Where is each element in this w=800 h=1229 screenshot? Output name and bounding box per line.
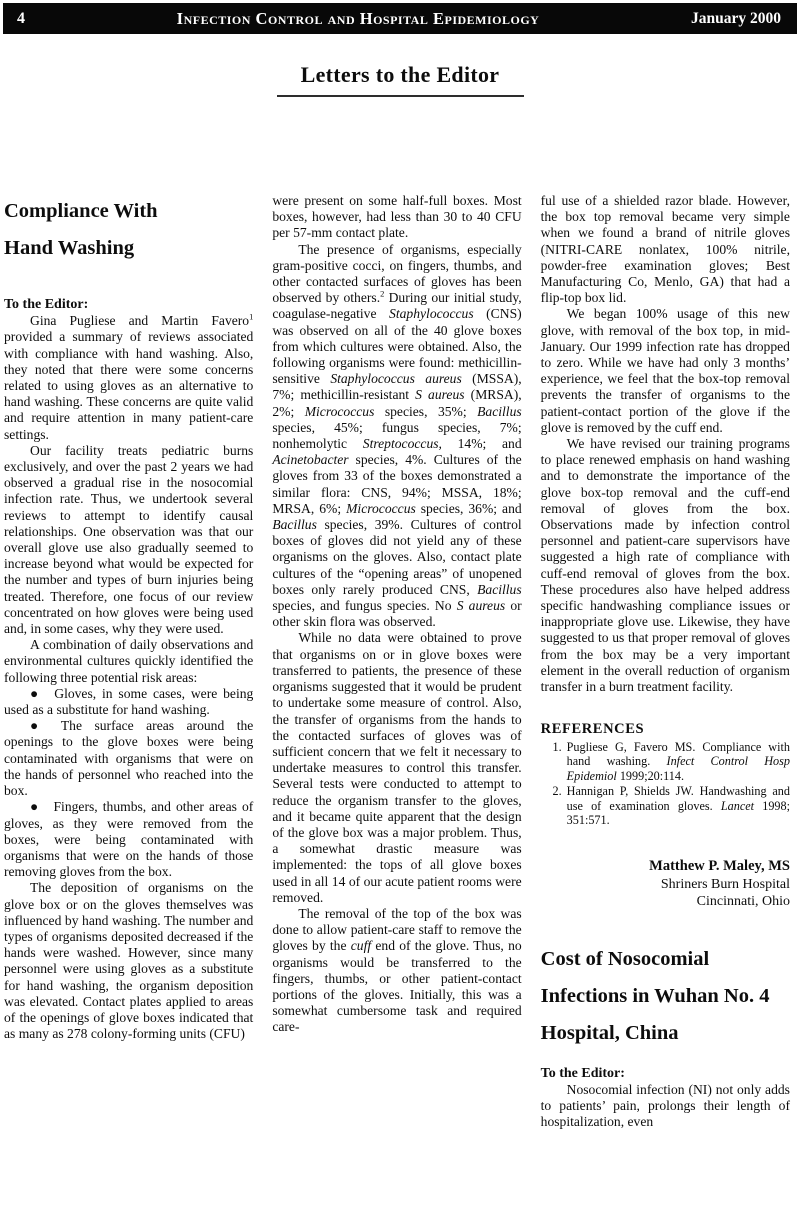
paragraph: Nosocomial infection (NI) not only adds … — [541, 1082, 790, 1131]
paragraph: We have revised our training programs to… — [541, 436, 790, 695]
paragraph: While no data were obtained to prove tha… — [272, 630, 521, 905]
paragraph: The presence of organisms, especially gr… — [272, 242, 521, 631]
references-list: Pugliese G, Favero MS. Compliance with h… — [541, 740, 790, 829]
page-number: 4 — [17, 10, 25, 28]
paragraph: Our facility treats pediatric burns excl… — [4, 443, 253, 637]
author-affiliation: Shriners Burn Hospital — [541, 876, 790, 894]
paragraph: The deposition of organisms on the glove… — [4, 880, 253, 1042]
bullet-item: ● The surface areas around the openings … — [4, 718, 253, 799]
reference-item: Hannigan P, Shields JW. Handwashing and … — [565, 784, 790, 828]
paragraph-continuation: were present on some half-full boxes. Mo… — [272, 193, 521, 242]
signature-block: Matthew P. Maley, MS Shriners Burn Hospi… — [541, 858, 790, 911]
journal-title: Infection Control and Hospital Epidemiol… — [25, 9, 691, 29]
journal-header-bar: 4 Infection Control and Hospital Epidemi… — [3, 3, 797, 34]
paragraph: We began 100% usage of this new glove, w… — [541, 306, 790, 436]
section-title: Letters to the Editor — [0, 62, 800, 88]
column-2: were present on some half-full boxes. Mo… — [272, 193, 521, 1131]
paragraph-continuation: ful use of a shielded razor blade. Howev… — [541, 193, 790, 306]
letter2-salutation: To the Editor: — [541, 1066, 790, 1082]
references-heading: REFERENCES — [541, 721, 790, 737]
section-header: Letters to the Editor — [0, 62, 800, 97]
paragraph: Gina Pugliese and Martin Favero1 provide… — [4, 313, 253, 443]
letter1-title: Compliance With Hand Washing — [4, 193, 194, 267]
bullet-item: ● Fingers, thumbs, and other areas of gl… — [4, 799, 253, 880]
author-name: Matthew P. Maley, MS — [541, 858, 790, 876]
column-1: Compliance With Hand Washing To the Edit… — [4, 193, 253, 1131]
author-location: Cincinnati, Ohio — [541, 893, 790, 911]
paragraph: A combination of daily observations and … — [4, 637, 253, 686]
reference-item: Pugliese G, Favero MS. Compliance with h… — [565, 740, 790, 784]
section-title-rule — [277, 95, 524, 97]
issue-date: January 2000 — [691, 10, 781, 28]
letter1-salutation: To the Editor: — [4, 297, 253, 313]
bullet-item: ● Gloves, in some cases, were being used… — [4, 686, 253, 718]
column-3: ful use of a shielded razor blade. Howev… — [541, 193, 790, 1131]
paragraph: The removal of the top of the box was do… — [272, 906, 521, 1036]
article-columns: Compliance With Hand Washing To the Edit… — [4, 193, 790, 1131]
letter2-title: Cost of Nosocomial Infections in Wuhan N… — [541, 941, 790, 1052]
